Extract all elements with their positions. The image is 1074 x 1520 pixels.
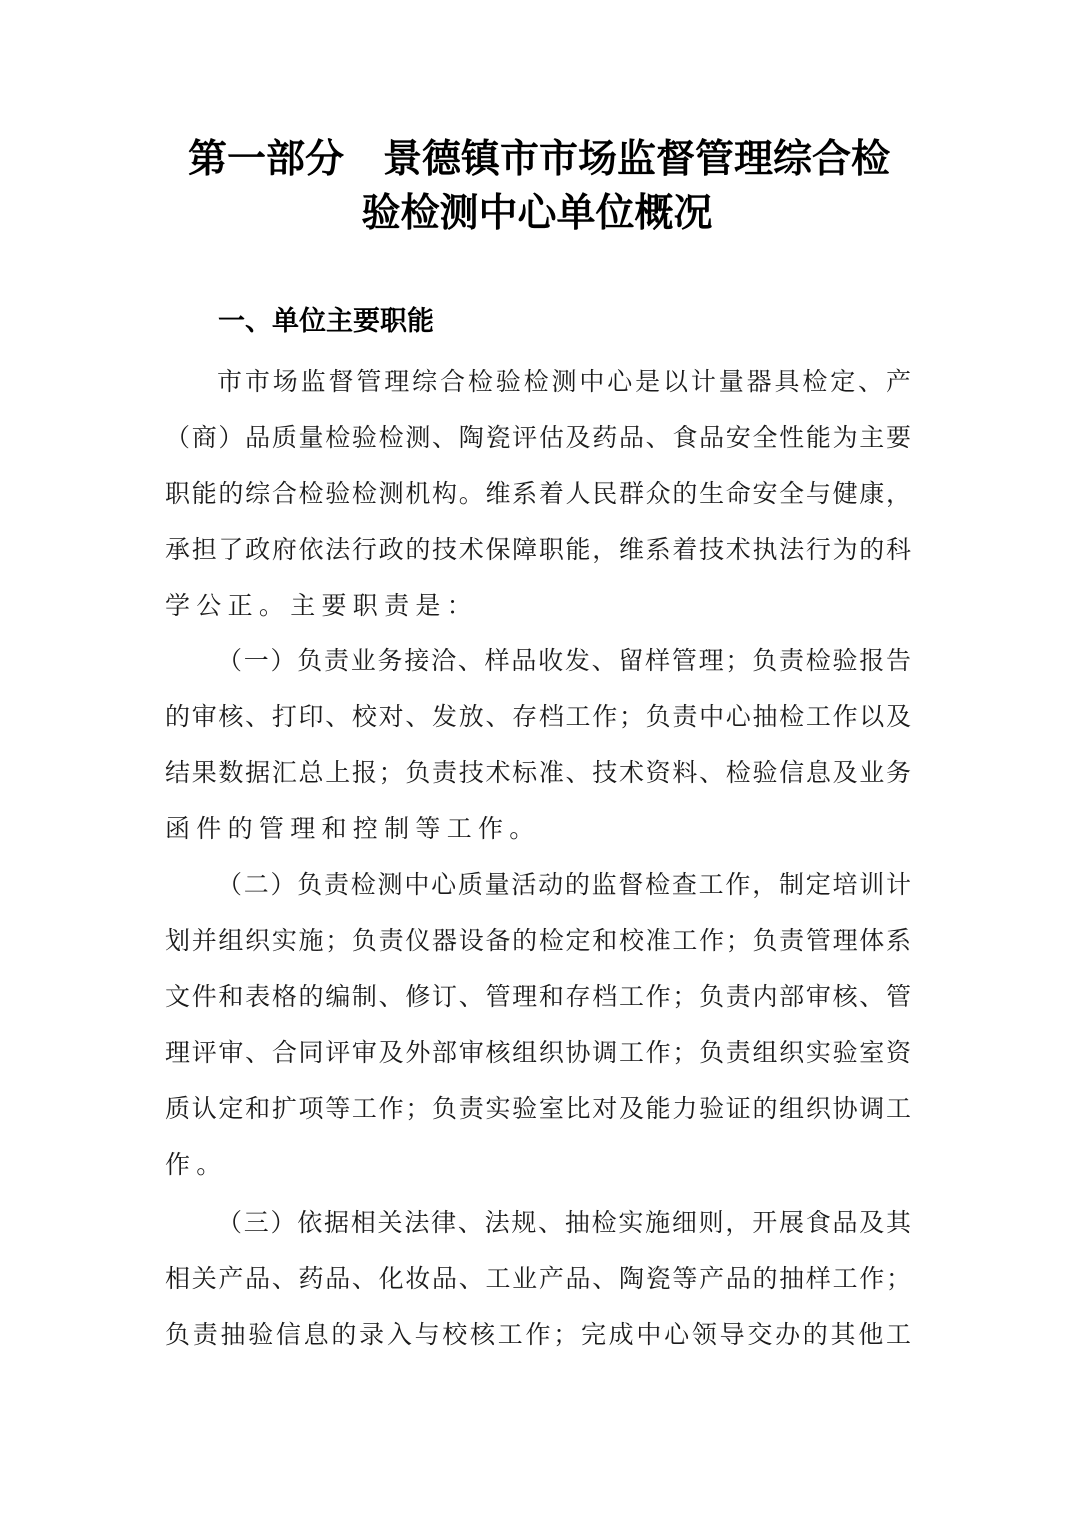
paragraph-duty-1: （一）负责业务接洽、样品收发、留样管理；负责检验报告 的审核、打印、校对、发放、… <box>165 633 911 857</box>
paragraph-line: 职能的综合检验检测机构。维系着人民群众的生命安全与健康， <box>165 466 911 522</box>
paragraph-duty-3: （三）依据相关法律、法规、抽检实施细则，开展食品及其 相关产品、药品、化妆品、工… <box>165 1195 911 1363</box>
paragraph-line: 作。 <box>165 1137 911 1193</box>
paragraph-line: （二）负责检测中心质量活动的监督检查工作，制定培训计 <box>165 857 911 913</box>
paragraph-intro: 市市场监督管理综合检验检测中心是以计量器具检定、产 （商）品质量检验检测、陶瓷评… <box>165 354 911 634</box>
title-line-2: 验检测中心单位概况 <box>0 186 1074 240</box>
document-page: 第一部分 景德镇市市场监督管理综合检 验检测中心单位概况 一、单位主要职能 市市… <box>0 0 1074 1520</box>
paragraph-line: 负责抽验信息的录入与校核工作；完成中心领导交办的其他工 <box>165 1307 911 1363</box>
paragraph-line: 理评审、合同评审及外部审核组织协调工作；负责组织实验室资 <box>165 1025 911 1081</box>
section-heading: 一、单位主要职能 <box>218 302 434 342</box>
document-title: 第一部分 景德镇市市场监督管理综合检 验检测中心单位概况 <box>0 132 1074 240</box>
paragraph-line: 相关产品、药品、化妆品、工业产品、陶瓷等产品的抽样工作； <box>165 1251 911 1307</box>
paragraph-line: （一）负责业务接洽、样品收发、留样管理；负责检验报告 <box>165 633 911 689</box>
paragraph-line: 承担了政府依法行政的技术保障职能，维系着技术执法行为的科 <box>165 522 911 578</box>
paragraph-line: 划并组织实施；负责仪器设备的检定和校准工作；负责管理体系 <box>165 913 911 969</box>
paragraph-line: 文件和表格的编制、修订、管理和存档工作；负责内部审核、管 <box>165 969 911 1025</box>
paragraph-line: 质认定和扩项等工作；负责实验室比对及能力验证的组织协调工 <box>165 1081 911 1137</box>
title-line-1: 第一部分 景德镇市市场监督管理综合检 <box>0 132 1074 186</box>
paragraph-line: 市市场监督管理综合检验检测中心是以计量器具检定、产 <box>165 354 911 410</box>
paragraph-duty-2: （二）负责检测中心质量活动的监督检查工作，制定培训计 划并组织实施；负责仪器设备… <box>165 857 911 1193</box>
paragraph-line: （商）品质量检验检测、陶瓷评估及药品、食品安全性能为主要 <box>165 410 911 466</box>
paragraph-line: 的审核、打印、校对、发放、存档工作；负责中心抽检工作以及 <box>165 689 911 745</box>
paragraph-line: 学公正。主要职责是： <box>165 578 911 634</box>
paragraph-line: 结果数据汇总上报；负责技术标准、技术资料、检验信息及业务 <box>165 745 911 801</box>
paragraph-line: （三）依据相关法律、法规、抽检实施细则，开展食品及其 <box>165 1195 911 1251</box>
paragraph-line: 函件的管理和控制等工作。 <box>165 801 911 857</box>
